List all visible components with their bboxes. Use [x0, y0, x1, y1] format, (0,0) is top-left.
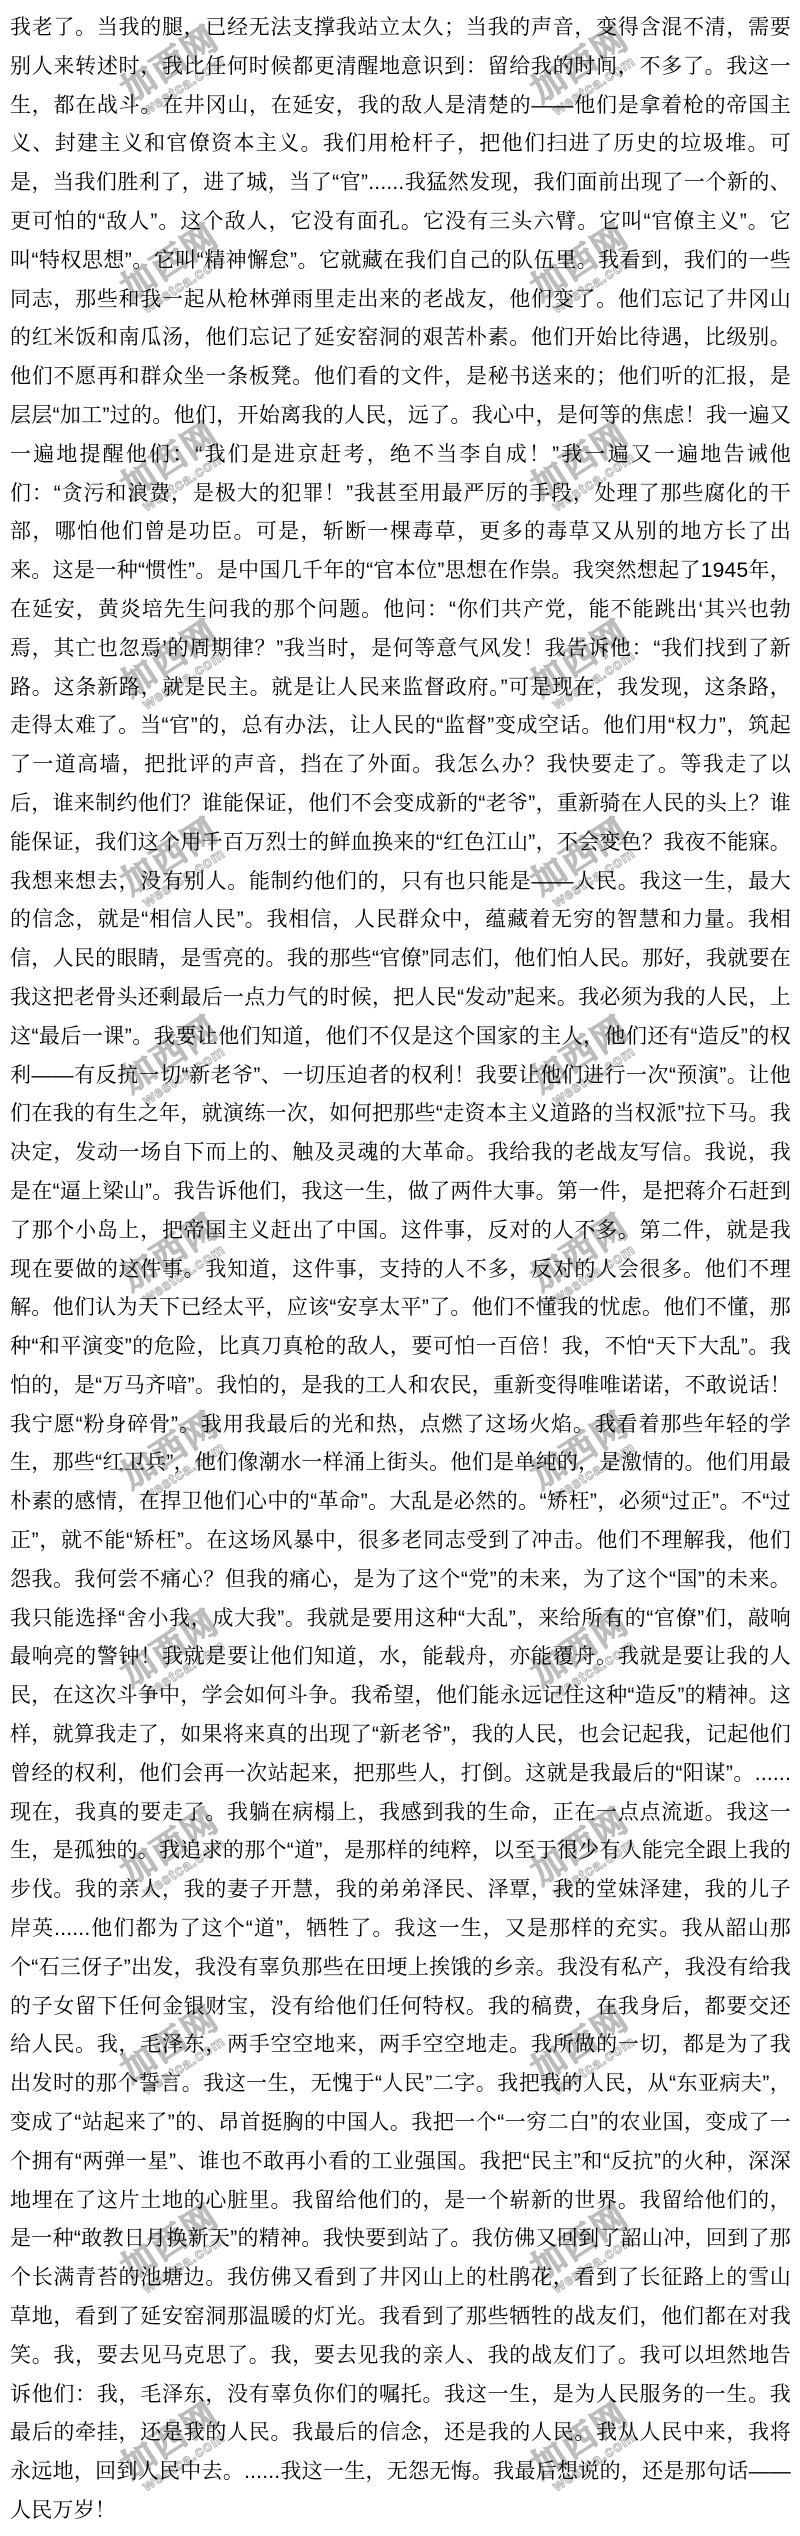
- document-body-text: 我老了。当我的腿，已经无法支撑我站立太久；当我的声音，变得含混不清，需要别人来转…: [10, 9, 791, 2531]
- document-page: 加西网westca.com加西网westca.com加西网westca.com加…: [0, 0, 800, 2536]
